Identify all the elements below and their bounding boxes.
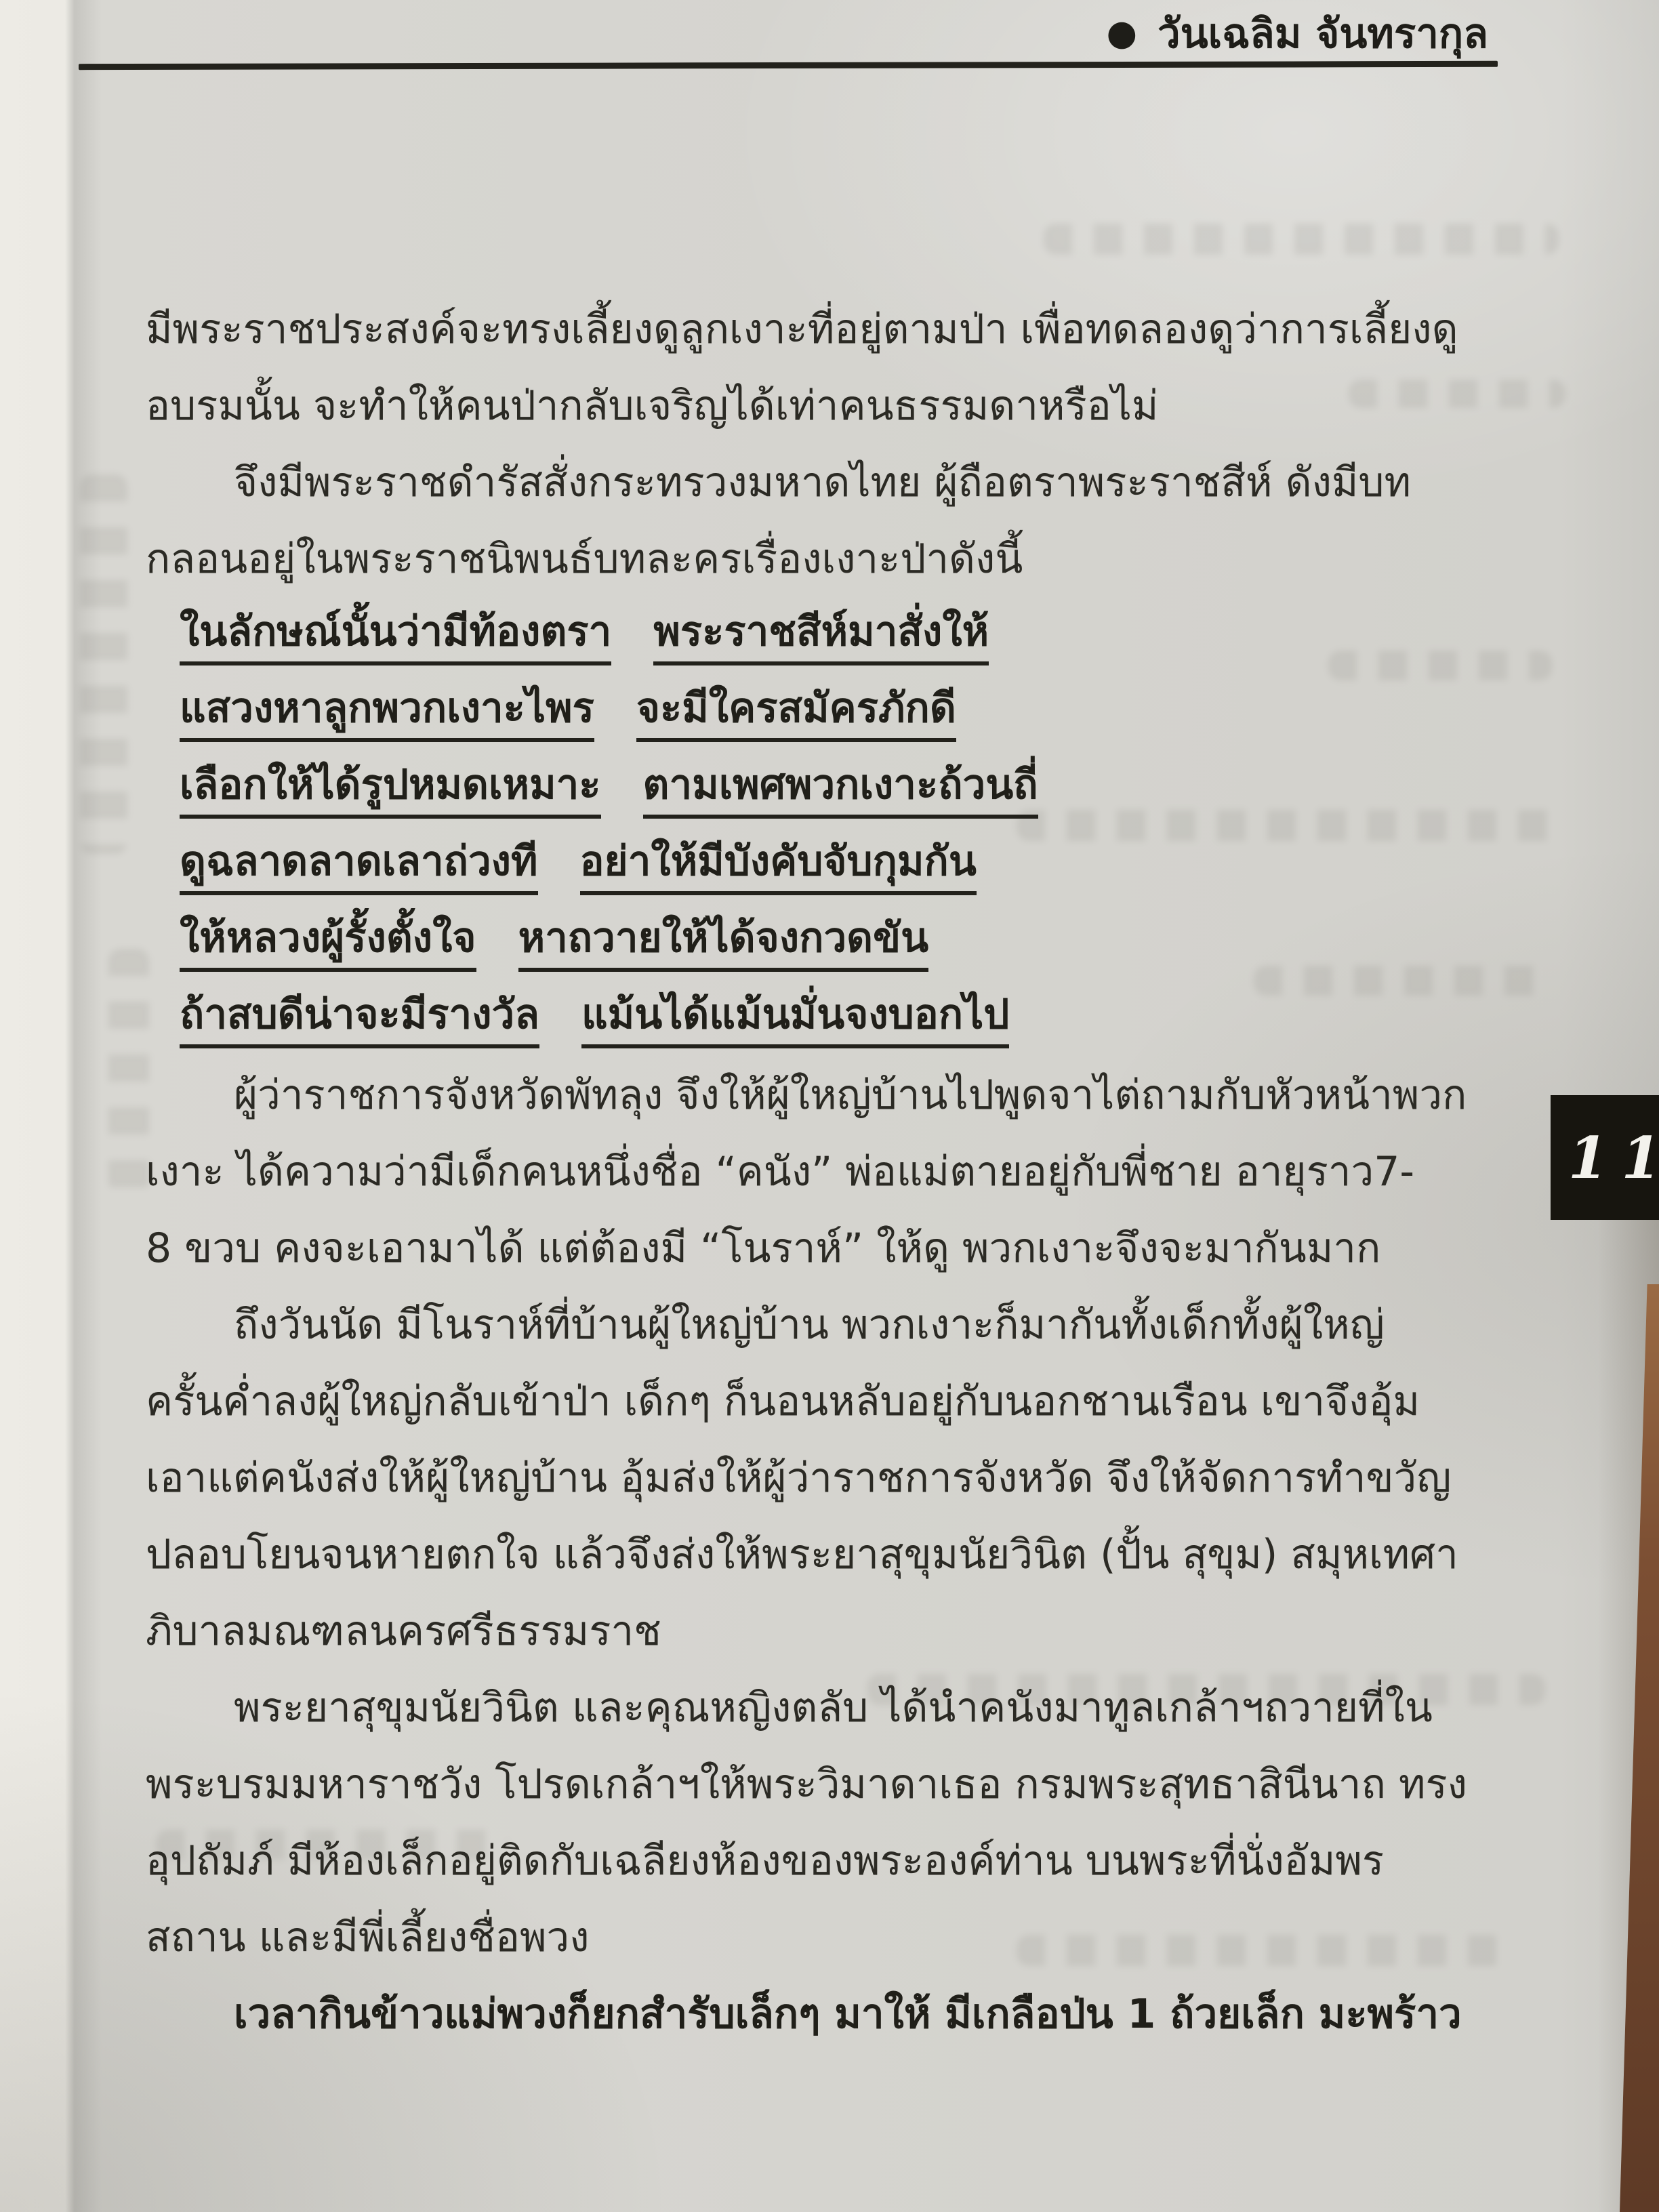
page-header: ● วันเฉลิม จันทรากุล xyxy=(1107,4,1488,62)
page-number: 11 xyxy=(1568,1124,1659,1191)
poem-hemistich: ตามเพศพวกเงาะถ้วนถี่ xyxy=(643,760,1038,819)
body-line: อุปถัมภ์ มีห้องเล็กอยู่ติดกับเฉลียงห้องข… xyxy=(146,1823,1557,1900)
header-rule xyxy=(79,61,1498,70)
bleed-through-artifact xyxy=(1044,224,1559,255)
poem-line: เลือกให้ได้รูปหมดเหมาะ ตามเพศพวกเงาะถ้วน… xyxy=(146,751,1557,827)
body-line: ถึงวันนัด มีโนราห์ที่บ้านผู้ใหญ่บ้าน พวก… xyxy=(146,1287,1557,1364)
bleed-through-artifact xyxy=(80,474,127,854)
poem-hemistich: หาถวายให้ได้จงกวดขัน xyxy=(518,913,929,972)
poem-hemistich: เลือกให้ได้รูปหมดเหมาะ xyxy=(180,760,601,819)
poem-hemistich: จะมีใครสมัครภักดี xyxy=(636,683,956,742)
poem-hemistich: ดูฉลาดลาดเลาถ่วงที xyxy=(180,836,538,895)
poem-line: ในลักษณ์นั้นว่ามีท้องตรา พระราชสีห์มาสั่… xyxy=(146,598,1557,674)
body-line: เงาะ ได้ความว่ามีเด็กคนหนึ่งชื่อ “คนัง” … xyxy=(146,1134,1557,1210)
bullet-icon: ● xyxy=(1107,16,1137,51)
page-body: มีพระราชประสงค์จะทรงเลี้ยงดูลูกเงาะที่อย… xyxy=(146,291,1557,2053)
body-line: ผู้ว่าราชการจังหวัดพัทลุง จึงให้ผู้ใหญ่บ… xyxy=(146,1057,1557,1134)
poem-hemistich: ในลักษณ์นั้นว่ามีท้องตรา xyxy=(180,607,611,665)
poem-line: ให้หลวงผู้รั้งตั้งใจ หาถวายให้ได้จงกวดขั… xyxy=(146,904,1557,981)
body-line: มีพระราชประสงค์จะทรงเลี้ยงดูลูกเงาะที่อย… xyxy=(146,291,1557,368)
poem-line: แสวงหาลูกพวกเงาะไพร จะมีใครสมัครภักดี xyxy=(146,674,1557,751)
body-line: สถาน และมีพี่เลี้ยงชื่อพวง xyxy=(146,1900,1557,1976)
body-line: เอาแต่คนังส่งให้ผู้ใหญ่บ้าน อุ้มส่งให้ผู… xyxy=(146,1440,1557,1517)
poem-hemistich: แม้นได้แม้นมั่นจงบอกไป xyxy=(581,989,1009,1048)
body-line: ภิบาลมณฑลนครศรีธรรมราช xyxy=(146,1593,1557,1670)
body-line: 8 ขวบ คงจะเอามาได้ แต่ต้องมี “โนราห์” ให… xyxy=(146,1210,1557,1287)
poem-hemistich: ถ้าสบดีน่าจะมีรางวัล xyxy=(180,989,539,1048)
body-line: จึงมีพระราชดำรัสสั่งกระทรวงมหาดไทย ผู้ถื… xyxy=(146,445,1557,521)
body-line: กลอนอยู่ในพระราชนิพนธ์บทละครเรื่องเงาะป่… xyxy=(146,521,1557,598)
body-line-bold: เวลากินข้าวแม่พวงก็ยกสำรับเล็กๆ มาให้ มี… xyxy=(146,1976,1557,2053)
page-number-badge: 11 xyxy=(1551,1095,1659,1220)
poem-line: ถ้าสบดีน่าจะมีรางวัล แม้นได้แม้นมั่นจงบอ… xyxy=(146,981,1557,1057)
body-line: ครั้นค่ำลงผู้ใหญ่กลับเข้าป่า เด็กๆ ก็นอน… xyxy=(146,1364,1557,1440)
poem-hemistich: พระราชสีห์มาสั่งให้ xyxy=(653,607,989,665)
body-line: ปลอบโยนจนหายตกใจ แล้วจึงส่งให้พระยาสุขุม… xyxy=(146,1517,1557,1593)
bleed-through-artifact xyxy=(108,949,149,1193)
body-line: พระยาสุขุมนัยวินิต และคุณหญิงตลับ ได้นำค… xyxy=(146,1670,1557,1746)
body-line: อบรมนั้น จะทำให้คนป่ากลับเจริญได้เท่าคนธ… xyxy=(146,368,1557,445)
poem-line: ดูฉลาดลาดเลาถ่วงที อย่าให้มีบังคับจับกุม… xyxy=(146,827,1557,904)
author-name: วันเฉลิม จันทรากุล xyxy=(1158,1,1488,66)
poem-hemistich: อย่าให้มีบังคับจับกุมกัน xyxy=(580,836,977,895)
poem-hemistich: แสวงหาลูกพวกเงาะไพร xyxy=(180,683,594,742)
book-page-photo: ● วันเฉลิม จันทรากุล มีพระราชประสงค์จะทร… xyxy=(0,0,1659,2212)
poem-hemistich: ให้หลวงผู้รั้งตั้งใจ xyxy=(180,913,476,972)
body-line: พระบรมมหาราชวัง โปรดเกล้าฯให้พระวิมาดาเธ… xyxy=(146,1746,1557,1823)
